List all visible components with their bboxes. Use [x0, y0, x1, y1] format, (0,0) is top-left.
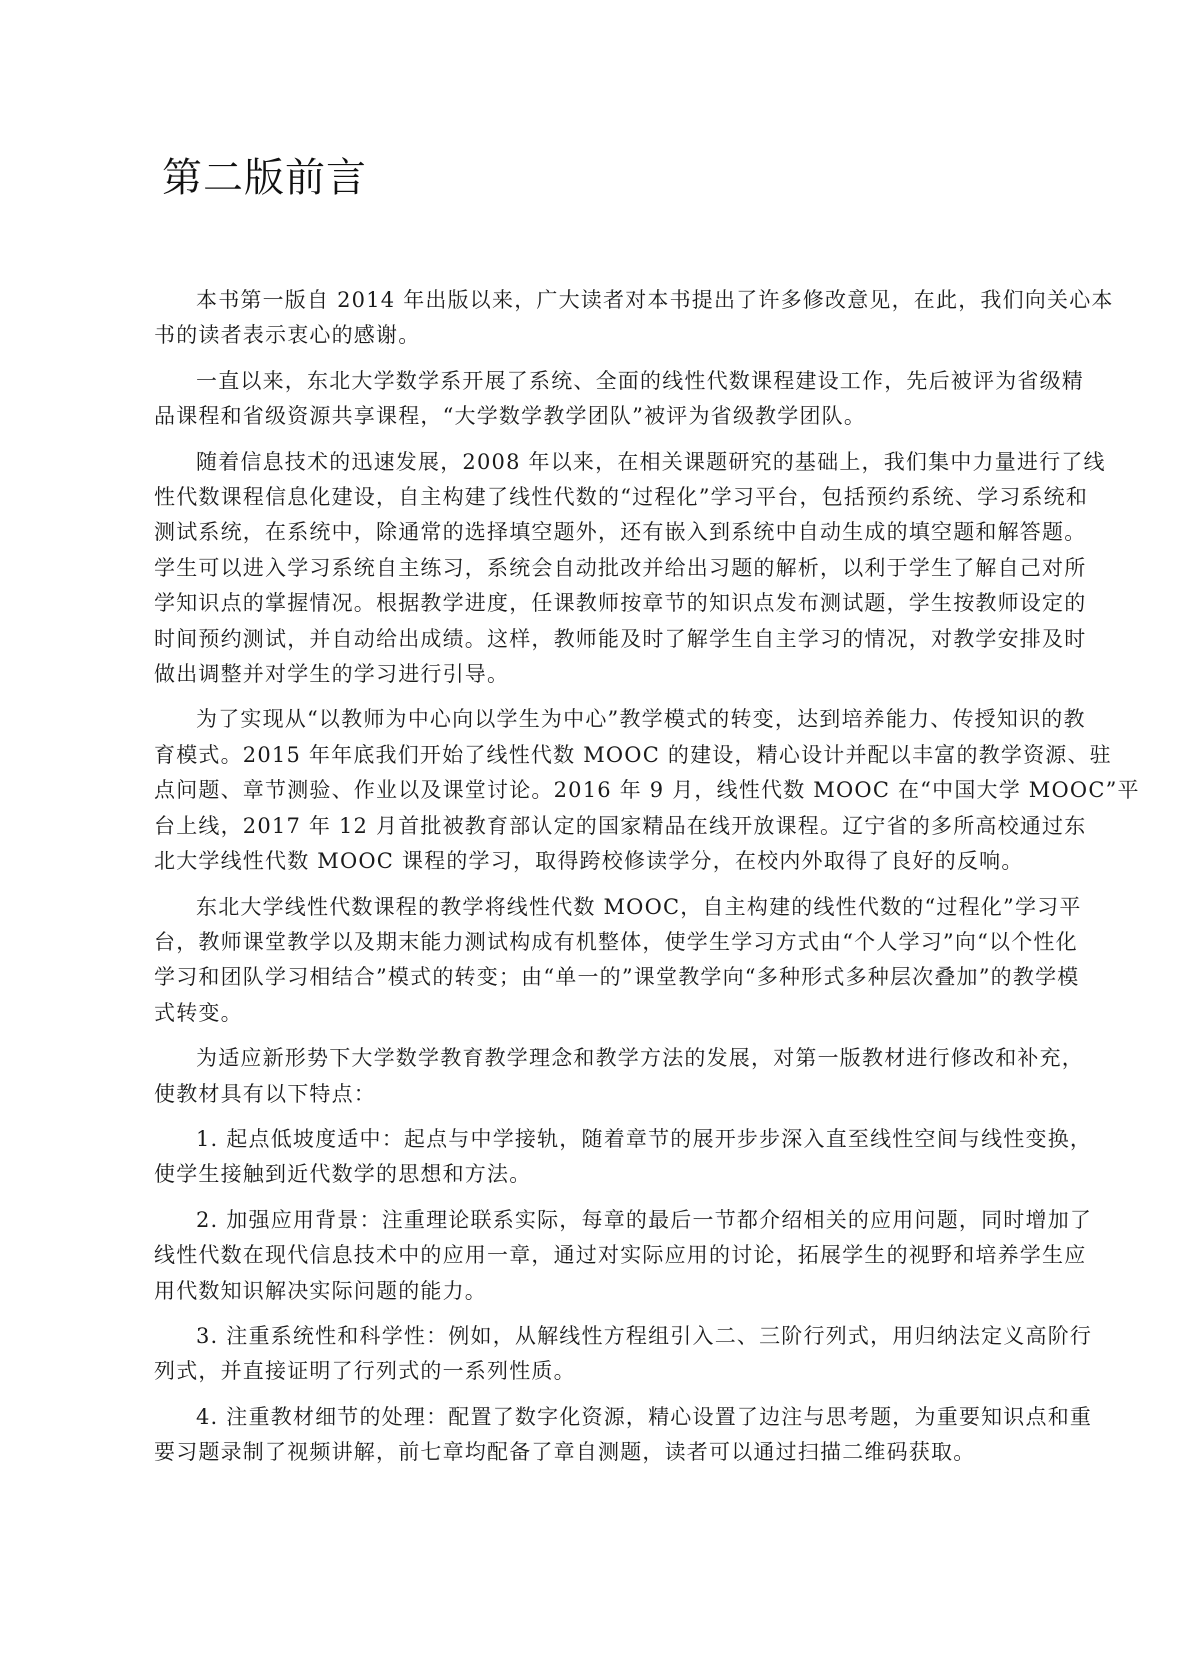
text-line: 1. 起点低坡度适中：起点与中学接轨，随着章节的展开步步深入直至线性空间与线性变…	[154, 1122, 1054, 1157]
feature-item-1: 1. 起点低坡度适中：起点与中学接轨，随着章节的展开步步深入直至线性空间与线性变…	[154, 1122, 1054, 1193]
feature-item-4: 4. 注重教材细节的处理：配置了数字化资源，精心设置了边注与思考题，为重要知识点…	[154, 1400, 1054, 1471]
text-line: 学生可以进入学习系统自主练习，系统会自动批改并给出习题的解析，以利于学生了解自己…	[154, 551, 1054, 586]
text-line: 台，教师课堂教学以及期末能力测试构成有机整体，使学生学习方式由“个人学习”向“以…	[154, 925, 1054, 960]
text-line: 使教材具有以下特点：	[154, 1077, 1054, 1112]
paragraph-mooc: 为了实现从“以教师为中心向以学生为中心”教学模式的转变，达到培养能力、传授知识的…	[154, 702, 1054, 879]
text-line: 式转变。	[154, 996, 1054, 1031]
text-line: 为了实现从“以教师为中心向以学生为中心”教学模式的转变，达到培养能力、传授知识的…	[154, 702, 1054, 737]
text-line: 学知识点的掌握情况。根据教学进度，任课教师按章节的知识点发布测试题，学生按教师设…	[154, 586, 1054, 621]
text-line: 一直以来，东北大学数学系开展了系统、全面的线性代数课程建设工作，先后被评为省级精	[154, 364, 1054, 399]
text-line: 使学生接触到近代数学的思想和方法。	[154, 1157, 1054, 1192]
text-line: 本书第一版自 2014 年出版以来，广大读者对本书提出了许多修改意见，在此，我们…	[154, 283, 1054, 318]
text-line: 时间预约测试，并自动给出成绩。这样，教师能及时了解学生自主学习的情况，对教学安排…	[154, 622, 1054, 657]
text-line: 列式，并直接证明了行列式的一系列性质。	[154, 1354, 1054, 1389]
text-line: 北大学线性代数 MOOC 课程的学习，取得跨校修读学分，在校内外取得了良好的反响…	[154, 844, 1054, 879]
text-line: 要习题录制了视频讲解，前七章均配备了章自测题，读者可以通过扫描二维码获取。	[154, 1435, 1054, 1470]
text-line: 书的读者表示衷心的感谢。	[154, 318, 1054, 353]
text-line: 测试系统，在系统中，除通常的选择填空题外，还有嵌入到系统中自动生成的填空题和解答…	[154, 515, 1054, 550]
page-title: 第二版前言	[162, 152, 367, 204]
text-line: 性代数课程信息化建设，自主构建了线性代数的“过程化”学习平台，包括预约系统、学习…	[154, 480, 1054, 515]
text-line: 3. 注重系统性和科学性：例如，从解线性方程组引入二、三阶行列式，用归纳法定义高…	[154, 1319, 1054, 1354]
text-line: 做出调整并对学生的学习进行引导。	[154, 657, 1054, 692]
paragraph-course-history: 一直以来，东北大学数学系开展了系统、全面的线性代数课程建设工作，先后被评为省级精…	[154, 364, 1054, 435]
text-line: 随着信息技术的迅速发展，2008 年以来，在相关课题研究的基础上，我们集中力量进…	[154, 445, 1054, 480]
text-line: 品课程和省级资源共享课程，“大学数学教学团队”被评为省级教学团队。	[154, 399, 1054, 434]
text-line: 东北大学线性代数课程的教学将线性代数 MOOC，自主构建的线性代数的“过程化”学…	[154, 890, 1054, 925]
text-line: 为适应新形势下大学数学教育教学理念和教学方法的发展，对第一版教材进行修改和补充，	[154, 1041, 1054, 1076]
document-page: 第二版前言 本书第一版自 2014 年出版以来，广大读者对本书提出了许多修改意见…	[0, 0, 1203, 1675]
paragraph-learning-platform: 随着信息技术的迅速发展，2008 年以来，在相关课题研究的基础上，我们集中力量进…	[154, 445, 1054, 693]
paragraph-revision-intro: 为适应新形势下大学数学教育教学理念和教学方法的发展，对第一版教材进行修改和补充，…	[154, 1041, 1054, 1112]
text-line: 2. 加强应用背景：注重理论联系实际，每章的最后一节都介绍相关的应用问题，同时增…	[154, 1203, 1054, 1238]
text-line: 台上线，2017 年 12 月首批被教育部认定的国家精品在线开放课程。辽宁省的多…	[154, 809, 1054, 844]
feature-item-3: 3. 注重系统性和科学性：例如，从解线性方程组引入二、三阶行列式，用归纳法定义高…	[154, 1319, 1054, 1390]
text-line: 点问题、章节测验、作业以及课堂讨论。2016 年 9 月，线性代数 MOOC 在…	[154, 773, 1054, 808]
text-line: 用代数知识解决实际问题的能力。	[154, 1274, 1054, 1309]
preface-body: 本书第一版自 2014 年出版以来，广大读者对本书提出了许多修改意见，在此，我们…	[154, 283, 1054, 1481]
text-line: 育模式。2015 年年底我们开始了线性代数 MOOC 的建设，精心设计并配以丰富…	[154, 738, 1054, 773]
text-line: 学习和团队学习相结合”模式的转变；由“单一的”课堂教学向“多种形式多种层次叠加”…	[154, 960, 1054, 995]
paragraph-teaching-model: 东北大学线性代数课程的教学将线性代数 MOOC，自主构建的线性代数的“过程化”学…	[154, 890, 1054, 1032]
text-line: 4. 注重教材细节的处理：配置了数字化资源，精心设置了边注与思考题，为重要知识点…	[154, 1400, 1054, 1435]
paragraph-thanks: 本书第一版自 2014 年出版以来，广大读者对本书提出了许多修改意见，在此，我们…	[154, 283, 1054, 354]
feature-item-2: 2. 加强应用背景：注重理论联系实际，每章的最后一节都介绍相关的应用问题，同时增…	[154, 1203, 1054, 1309]
text-line: 线性代数在现代信息技术中的应用一章，通过对实际应用的讨论，拓展学生的视野和培养学…	[154, 1238, 1054, 1273]
